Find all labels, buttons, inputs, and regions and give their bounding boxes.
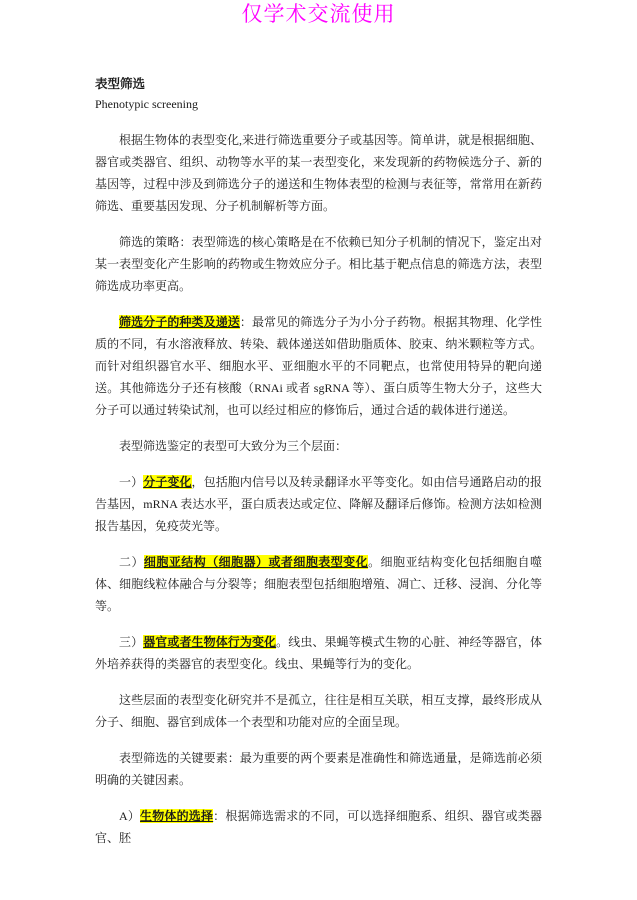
paragraph: 这些层面的表型变化研究并不是孤立，往往是相互关联，相互支撑，最终形成从分子、细胞… (95, 689, 542, 733)
text-run: ：最常见的筛选分子为小分子药物。根据其物理、化学性质的不同，有水溶液释放、转染、… (95, 315, 542, 417)
paragraph: 根据生物体的表型变化,来进行筛选重要分子或基因等。简单讲，就是根据细胞、器官或类… (95, 129, 542, 217)
watermark-text: 仅学术交流使用 (0, 1, 637, 27)
text-run: 表型筛选的关键要素：最为重要的两个要素是准确性和筛选通量，是筛选前必须明确的关键… (95, 751, 542, 787)
text-run: 这些层面的表型变化研究并不是孤立，往往是相互关联，相互支撑，最终形成从分子、细胞… (95, 693, 542, 729)
text-run: 根据生物体的表型变化,来进行筛选重要分子或基因等。简单讲，就是根据细胞、器官或类… (95, 133, 542, 213)
paragraph: 表型筛选的关键要素：最为重要的两个要素是准确性和筛选通量，是筛选前必须明确的关键… (95, 747, 542, 791)
text-run: A） (119, 809, 140, 823)
paragraph: 三）器官或者生物体行为变化。线虫、果蝇等模式生物的心脏、神经等器官，体外培养获得… (95, 631, 542, 675)
paragraph: 表型筛选鉴定的表型可大致分为三个层面： (95, 435, 542, 457)
text-run: 表型筛选鉴定的表型可大致分为三个层面： (119, 439, 347, 453)
highlighted-phrase: 生物体的选择 (140, 809, 213, 823)
document-page: 仅学术交流使用 表型筛选 Phenotypic screening 根据生物体的… (0, 0, 637, 900)
highlighted-phrase: 筛选分子的种类及递送 (119, 315, 240, 329)
highlighted-phrase: 器官或者生物体行为变化 (143, 635, 276, 649)
highlighted-phrase: 分子变化 (143, 475, 191, 489)
document-subtitle: Phenotypic screening (95, 94, 542, 115)
highlighted-phrase: 细胞亚结构（细胞器）或者细胞表型变化 (144, 555, 368, 569)
text-run: 筛选的策略：表型筛选的核心策略是在不依赖已知分子机制的情况下，鉴定出对某一表型变… (95, 235, 542, 293)
paragraph: 筛选分子的种类及递送：最常见的筛选分子为小分子药物。根据其物理、化学性质的不同，… (95, 311, 542, 421)
text-run: 一） (119, 475, 143, 489)
document-content: 表型筛选 Phenotypic screening 根据生物体的表型变化,来进行… (95, 74, 542, 849)
paragraph: 一）分子变化，包括胞内信号以及转录翻译水平等变化。如由信号通路启动的报告基因，m… (95, 471, 542, 537)
text-run: 三） (119, 635, 143, 649)
paragraph: 筛选的策略：表型筛选的核心策略是在不依赖已知分子机制的情况下，鉴定出对某一表型变… (95, 231, 542, 297)
document-title: 表型筛选 (95, 74, 542, 94)
paragraph: 二）细胞亚结构（细胞器）或者细胞表型变化。细胞亚结构变化包括细胞自噬体、细胞线粒… (95, 551, 542, 617)
paragraph: A）生物体的选择：根据筛选需求的不同，可以选择细胞系、组织、器官或类器官、胚 (95, 805, 542, 849)
text-run: 二） (119, 555, 144, 569)
document-body: 根据生物体的表型变化,来进行筛选重要分子或基因等。简单讲，就是根据细胞、器官或类… (95, 129, 542, 849)
